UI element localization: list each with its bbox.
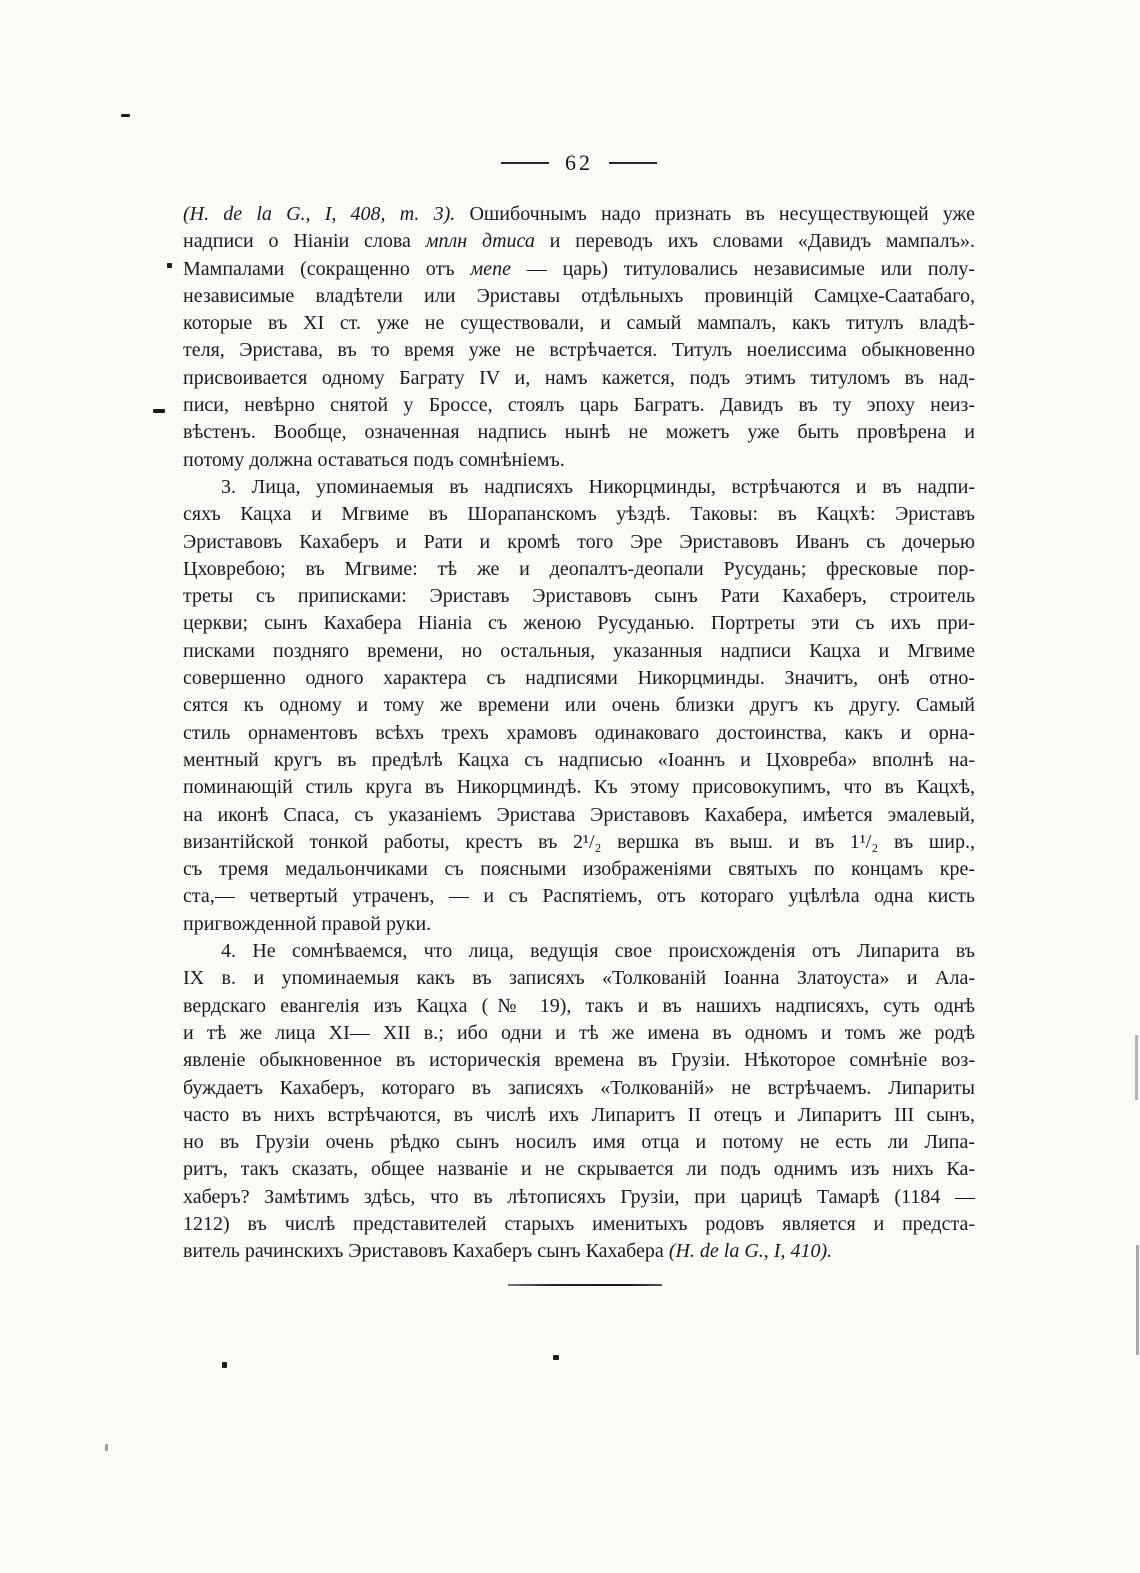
text-line: и тѣ же лица XI— XII в.; ибо одни и тѣ ж… [183, 1020, 975, 1047]
footer-divider [508, 1284, 662, 1286]
text-line: вердскаго евангелія изъ Кацха (№ 19), та… [183, 993, 975, 1020]
scan-artifact-edge-streak [1136, 1245, 1139, 1355]
text-line: ментный кругъ въ предѣлѣ Кацха съ надпис… [183, 747, 975, 774]
text-line: (H. de la G., I, 408, т. 3). Ошибочнымъ … [183, 201, 975, 228]
text-line: сяхъ Кацха и Мгвиме въ Шорапанскомъ уѣзд… [183, 501, 975, 528]
text-line: съ тремя медальончиками съ поясными изоб… [183, 856, 975, 883]
text-line: но въ Грузіи очень рѣдко сынъ носилъ имя… [183, 1129, 975, 1156]
text-line: буждаетъ Кахаберъ, котораго въ записяхъ … [183, 1075, 975, 1102]
text-line: ритъ, такъ сказать, общее названіе и не … [183, 1156, 975, 1183]
header-rule-left [501, 162, 549, 164]
text-line: сятся къ одному и тому же времени или оч… [183, 692, 975, 719]
text-line: Мампалами (сокращенно отъ мепе — царь) т… [183, 256, 975, 283]
text-line: на иконѣ Спаса, съ указаніемъ Эристава Э… [183, 802, 975, 829]
text-line: Эриставовъ Кахаберъ и Рати и кромѣ того … [183, 529, 975, 556]
text-line: Цховребою; въ Мгвиме: тѣ же и деопалтъ-д… [183, 556, 975, 583]
text-line: потому должна оставаться подъ сомнѣніемъ… [183, 447, 975, 474]
text-block: (H. de la G., I, 408, т. 3). Ошибочнымъ … [183, 201, 975, 1266]
scan-artifact-speck [222, 1362, 227, 1368]
scan-artifact-speck [167, 263, 172, 268]
text-line: явленіе обыкновенное въ историческія вре… [183, 1047, 975, 1074]
scan-artifact-speck [121, 114, 130, 117]
scanned-book-page: 62 (H. de la G., I, 408, т. 3). Ошибочны… [0, 0, 1140, 1573]
page-number: 62 [565, 150, 593, 176]
text-line: византійской тонкой работы, крестъ въ 2¹… [183, 829, 975, 856]
text-line: 3. Лица, упоминаемыя въ надписяхъ Никорц… [183, 474, 975, 501]
scan-artifact-speck [105, 1444, 108, 1451]
text-line: 1212) въ числѣ представителей старыхъ им… [183, 1211, 975, 1238]
text-line: писками поздняго времени, но остальныя, … [183, 638, 975, 665]
text-line: церкви; сынъ Кахабера Ніаніа съ женою Ру… [183, 610, 975, 637]
header-rule-right [609, 162, 657, 164]
text-line: хаберъ? Замѣтимъ здѣсь, что въ лѣтописях… [183, 1184, 975, 1211]
text-line: часто въ нихъ встрѣчаются, въ числѣ ихъ … [183, 1102, 975, 1129]
text-line: вѣстенъ. Вообще, означенная надпись нынѣ… [183, 419, 975, 446]
text-line: которые въ XI ст. уже не существовали, и… [183, 310, 975, 337]
page-header: 62 [183, 150, 975, 176]
scan-artifact-edge-streak [1135, 1035, 1138, 1100]
text-line: присвоивается одному Баграту IV и, намъ … [183, 365, 975, 392]
scan-artifact-speck [153, 409, 165, 413]
text-line: поминающій стиль круга въ Никорцминдѣ. К… [183, 774, 975, 801]
text-line: пригвожденной правой руки. [183, 911, 975, 938]
text-line: 4. Не сомнѣваемся, что лица, ведущія сво… [183, 938, 975, 965]
text-line: надписи о Ніаніи слова мплн дтиса и пере… [183, 228, 975, 255]
text-line: треты съ приписками: Эриставъ Эриставовъ… [183, 583, 975, 610]
text-line: писи, невѣрно снятой у Броссе, стоялъ ца… [183, 392, 975, 419]
text-line: витель рачинскихъ Эриставовъ Кахаберъ сы… [183, 1238, 975, 1265]
text-line: теля, Эристава, въ то время уже не встрѣ… [183, 337, 975, 364]
text-line: независимые владѣтели или Эриставы отдѣл… [183, 283, 975, 310]
text-line: совершенно одного характера съ надписями… [183, 665, 975, 692]
text-line: стиль орнаментовъ всѣхъ трехъ храмовъ од… [183, 720, 975, 747]
text-line: IX в. и упоминаемыя какъ въ записяхъ «То… [183, 965, 975, 992]
scan-artifact-speck [553, 1355, 559, 1360]
text-line: ста,— четвертый утраченъ, — и съ Распяті… [183, 883, 975, 910]
